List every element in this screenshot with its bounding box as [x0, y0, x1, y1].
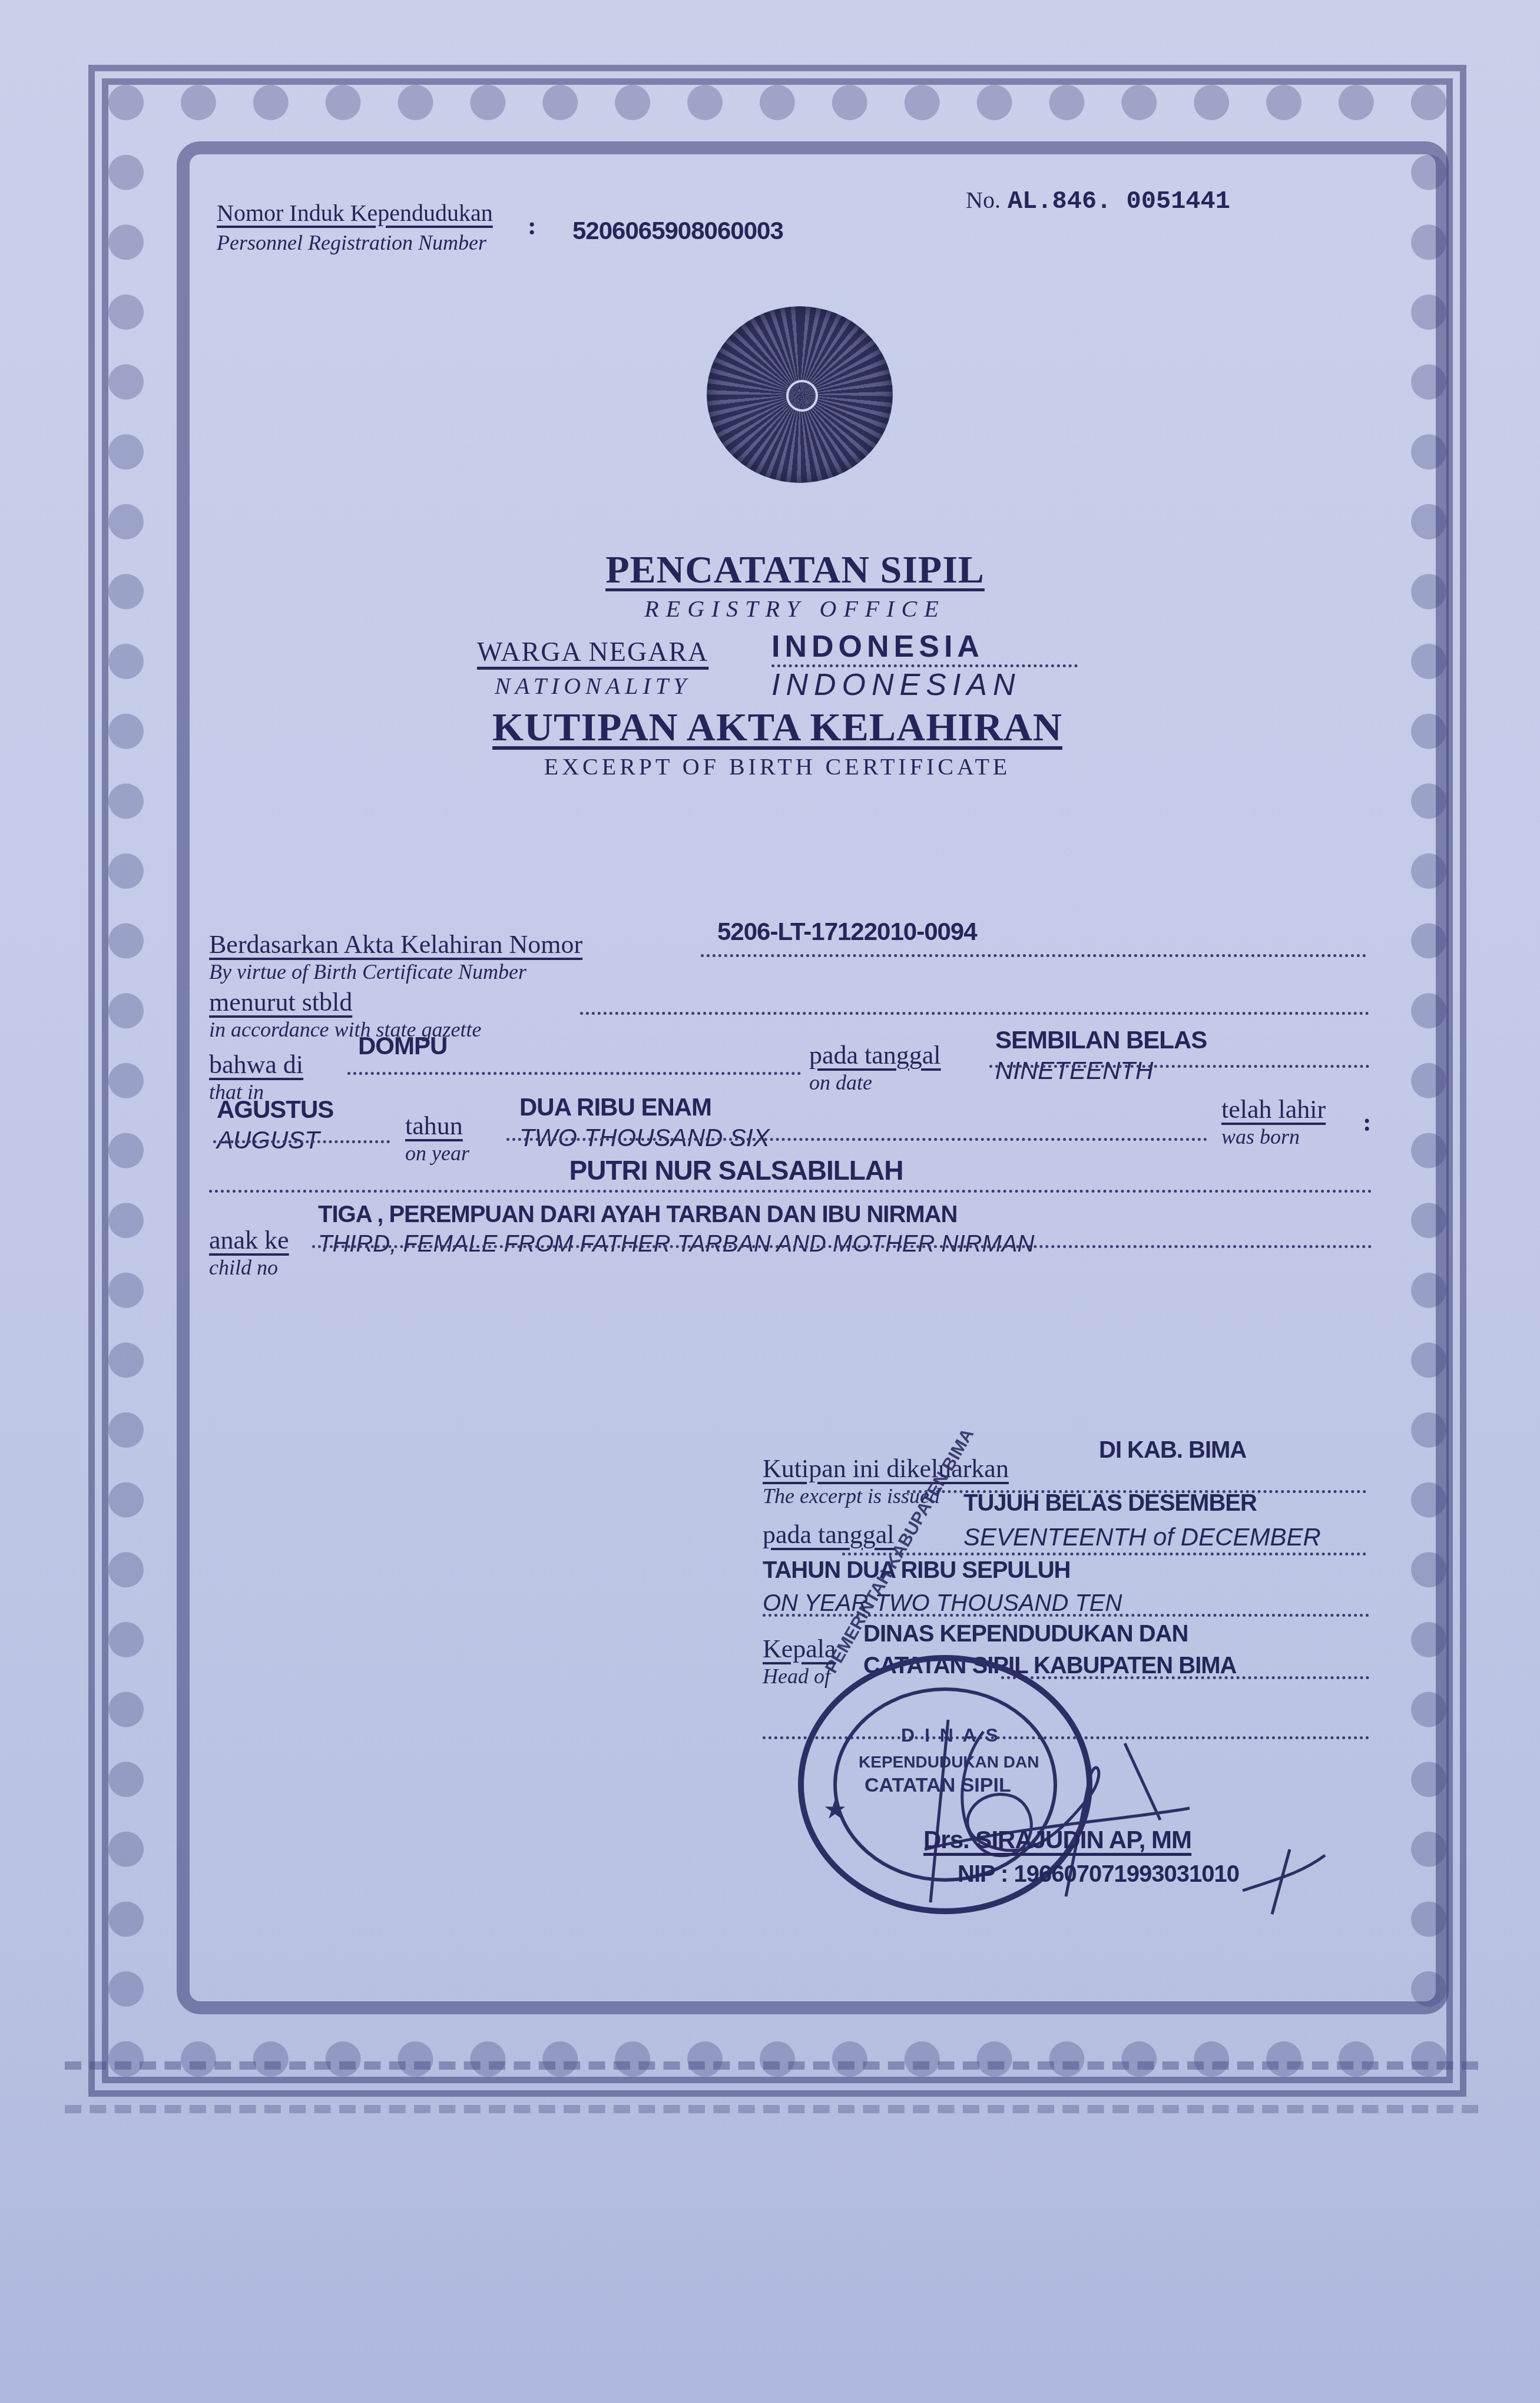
issued-year-value-en: ON YEAR TWO THOUSAND TEN [763, 1590, 1122, 1617]
nationality-label: WARGA NEGARA [477, 636, 708, 667]
nationality-label-en: NATIONALITY [495, 672, 708, 700]
bottom-border-strip [65, 2061, 1478, 2113]
issued-label: Kutipan ini dikeluarkan [763, 1454, 1009, 1484]
child-no-dotted-line [312, 1245, 1372, 1248]
cert-no-dotted-line [701, 954, 1366, 957]
issued-year-value: TAHUN DUA RIBU SEPULUH [763, 1557, 1070, 1584]
serial-prefix: No. [966, 187, 1001, 213]
doc-title-block: KUTIPAN AKTA KELAHIRAN EXCERPT OF BIRTH … [465, 704, 1089, 780]
star-icon: ★ [824, 1796, 846, 1823]
nik-colon: : [528, 211, 536, 241]
child-name: PUTRI NUR SALSABILLAH [471, 1154, 1001, 1186]
child-no-label: anak ke [209, 1225, 289, 1255]
head-office-dotted-line [1001, 1676, 1369, 1679]
date-label-block: pada tanggal on date [809, 1040, 941, 1095]
issued-place: DI KAB. BIMA [1099, 1437, 1246, 1464]
official-nip: NIP : 196607071993031010 [958, 1861, 1239, 1888]
month-value: AGUSTUS [217, 1095, 333, 1124]
nik-label: Nomor Induk Kependudukan [217, 199, 493, 227]
child-name-dotted-line [209, 1190, 1372, 1193]
year-value: DUA RIBU ENAM [519, 1093, 711, 1121]
child-no-label-block: anak ke child no [209, 1225, 289, 1280]
date-label: pada tanggal [809, 1040, 941, 1070]
cert-no-label-en: By virtue of Birth Certificate Number [209, 959, 582, 984]
title-block: PENCATATAN SIPIL REGISTRY OFFICE [530, 548, 1060, 623]
serial-number: No. AL.846. 0051441 [966, 186, 1230, 216]
place-label: bahwa di [209, 1050, 303, 1080]
doc-title-en: EXCERPT OF BIRTH CERTIFICATE [465, 753, 1089, 780]
month-dotted-line [213, 1140, 390, 1143]
issued-date-dotted-line [842, 1553, 1366, 1555]
child-no-label-en: child no [209, 1255, 289, 1280]
cert-no-label: Berdasarkan Akta Kelahiran Nomor [209, 929, 582, 959]
issued-date-value-en: SEVENTEENTH of DECEMBER [963, 1523, 1321, 1551]
year-label-en: on year [405, 1141, 469, 1166]
issued-date-value: TUJUH BELAS DESEMBER [963, 1490, 1257, 1517]
serial-value: AL.846. 0051441 [1008, 187, 1230, 216]
born-label: telah lahir [1221, 1094, 1326, 1124]
nationality-value: INDONESIA [771, 629, 1078, 664]
cert-no-value: 5206-LT-17122010-0094 [717, 918, 977, 946]
date-label-en: on date [809, 1070, 941, 1095]
cert-no-label-block: Berdasarkan Akta Kelahiran Nomor By virt… [209, 929, 582, 984]
year-label: tahun [405, 1111, 469, 1141]
stbld-dotted-line [580, 1012, 1369, 1015]
nik-label-en: Personnel Registration Number [217, 230, 493, 255]
born-colon: : [1363, 1107, 1372, 1137]
born-label-block: telah lahir was born [1221, 1094, 1326, 1149]
year-dotted-line [506, 1138, 1207, 1141]
born-label-en: was born [1221, 1124, 1326, 1149]
doc-title: KUTIPAN AKTA KELAHIRAN [465, 704, 1089, 750]
child-no-value-en: THIRD, FEMALE FROM FATHER TARBAN AND MOT… [318, 1231, 1034, 1257]
date-dotted-line [989, 1065, 1369, 1068]
nik-label-block: Nomor Induk Kependudukan Personnel Regis… [217, 199, 493, 255]
date-value: SEMBILAN BELAS [995, 1026, 1207, 1054]
official-name: Drs. SIRAJUDIN AP, MM [923, 1826, 1191, 1854]
place-value: DOMPU [358, 1032, 447, 1060]
issued-date-label: pada tanggal [763, 1520, 895, 1550]
head-office-line1: DINAS KEPENDUDUKAN DAN [863, 1621, 1188, 1647]
nationality-label-block: WARGA NEGARA NATIONALITY [477, 636, 708, 700]
stbld-label: menurut stbld [209, 987, 482, 1017]
nationality-value-en: INDONESIAN [771, 667, 1078, 703]
place-dotted-line [347, 1072, 801, 1075]
office-title-en: REGISTRY OFFICE [530, 595, 1060, 623]
child-no-value: TIGA , PEREMPUAN DARI AYAH TARBAN DAN IB… [318, 1201, 957, 1228]
nik-value: 5206065908060003 [572, 217, 783, 245]
year-label-block: tahun on year [405, 1111, 469, 1166]
nationality-value-block: INDONESIA INDONESIAN [771, 629, 1078, 703]
office-title: PENCATATAN SIPIL [530, 548, 1060, 593]
date-value-en: NINETEENTH [995, 1057, 1153, 1085]
emblem-center [786, 380, 818, 412]
signature-icon [913, 1708, 1337, 1920]
